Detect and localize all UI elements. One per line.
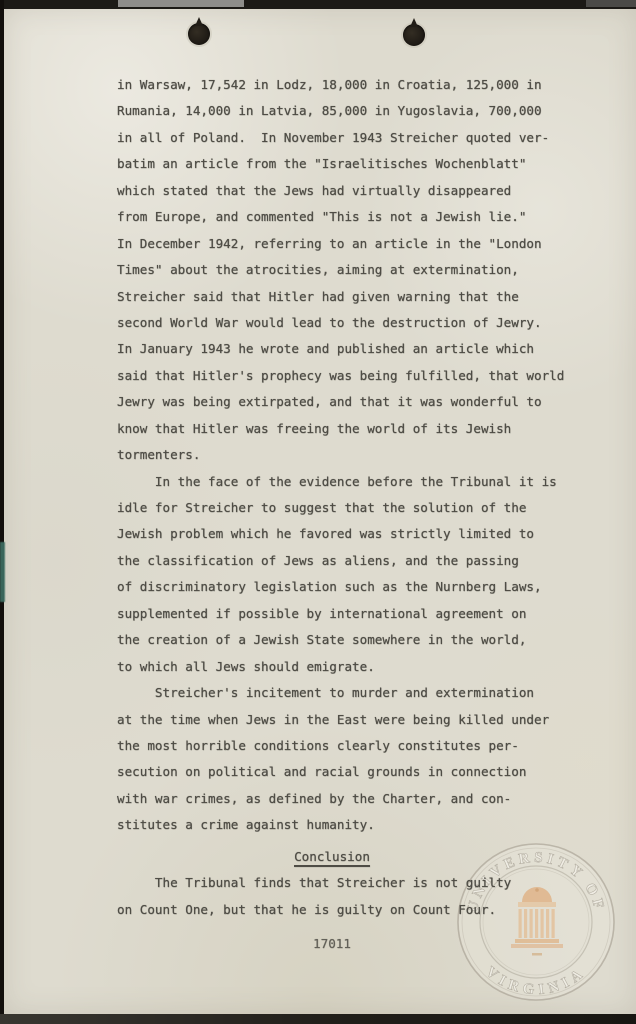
typed-line: Jewish problem which he favored was stri… [117,521,563,547]
typed-line: know that Hitler was freeing the world o… [117,416,563,442]
scan-edge-bottom [0,1014,636,1024]
scan-edge-top-right-segment [586,0,636,7]
typed-line: stitutes a crime against humanity. [117,812,563,838]
scanned-document-page: UNIVERSITY OF VIRGINIA in Warsaw, 17,542… [0,0,636,1024]
typed-line: Rumania, 14,000 in Latvia, 85,000 in Yug… [117,98,563,124]
typed-line: at the time when Jews in the East were b… [117,707,563,733]
typed-line: Times" about the atrocities, aiming at e… [117,257,563,283]
typed-line: In the face of the evidence before the T… [117,469,563,495]
typed-line: in Warsaw, 17,542 in Lodz, 18,000 in Cro… [117,72,563,98]
conclusion-heading: Conclusion [117,844,547,870]
typed-line: said that Hitler's prophecy was being fu… [117,363,563,389]
punch-hole-right [403,24,425,46]
page-number: 17011 [117,931,547,957]
typed-line: the classification of Jews as aliens, an… [117,548,563,574]
typed-line: second World War would lead to the destr… [117,310,563,336]
typed-line: of discriminatory legislation such as th… [117,574,563,600]
typed-line: with war crimes, as defined by the Chart… [117,786,563,812]
typed-line: In January 1943 he wrote and published a… [117,336,563,362]
teal-edge-mark [0,542,5,602]
typed-line: which stated that the Jews had virtually… [117,178,563,204]
typed-line: from Europe, and commented "This is not … [117,204,563,230]
scan-edge-left [0,0,4,1024]
typed-line: tormenters. [117,442,563,468]
scan-edge-top-light-segment [118,0,244,7]
typed-line: In December 1942, referring to an articl… [117,231,563,257]
scan-edge-top [0,0,636,9]
typed-line: Streicher's incitement to murder and ext… [117,680,563,706]
typed-line: secution on political and racial grounds… [117,759,563,785]
typed-line: The Tribunal finds that Streicher is not… [117,870,563,896]
typed-line: in all of Poland. In November 1943 Strei… [117,125,563,151]
punch-hole-left [188,23,210,45]
typed-line: the most horrible conditions clearly con… [117,733,563,759]
typed-line: on Count One, but that he is guilty on C… [117,897,563,923]
typed-line: idle for Streicher to suggest that the s… [117,495,563,521]
typed-text-block: in Warsaw, 17,542 in Lodz, 18,000 in Cro… [117,72,563,957]
typed-line: supplemented if possible by internationa… [117,601,563,627]
typed-line: to which all Jews should emigrate. [117,654,563,680]
typed-line: batim an article from the "Israelitische… [117,151,563,177]
typed-line: Streicher said that Hitler had given war… [117,284,563,310]
typed-line: the creation of a Jewish State somewhere… [117,627,563,653]
typed-line: Jewry was being extirpated, and that it … [117,389,563,415]
